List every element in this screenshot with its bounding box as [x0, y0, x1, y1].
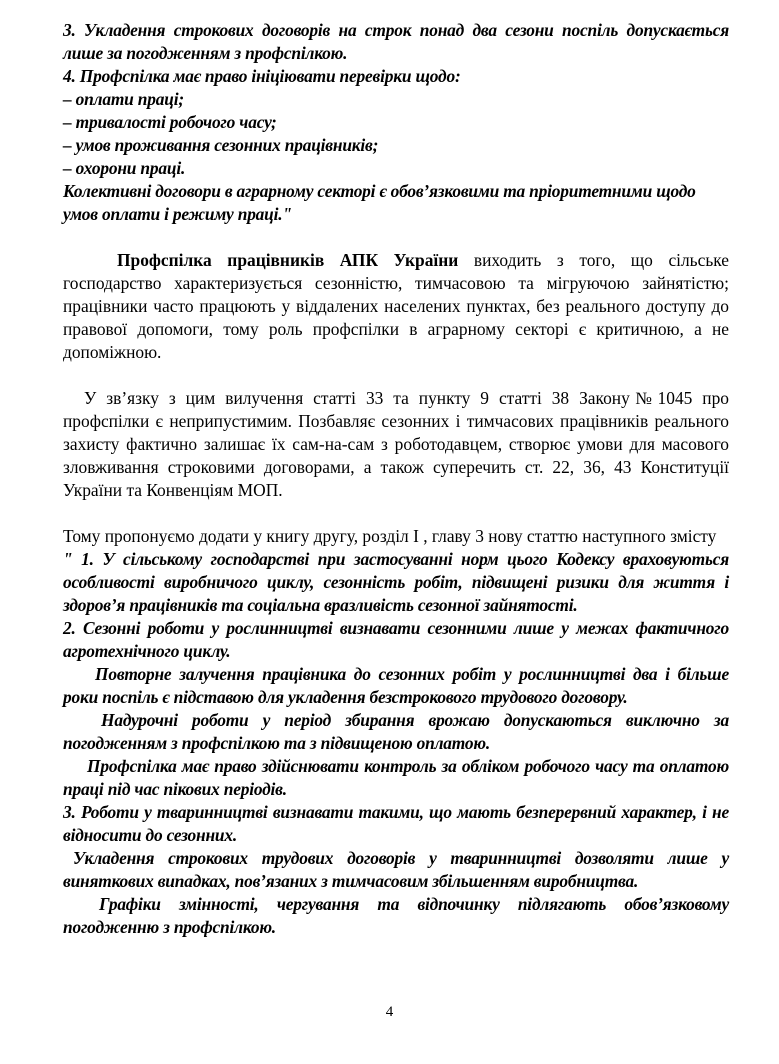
article-item-1: " 1. У сільському господарстві при засто… — [63, 548, 729, 617]
page-number: 4 — [0, 1004, 779, 1021]
spacer — [63, 226, 729, 249]
inspection-item-working-time: – тривалості робочого часу; — [63, 111, 729, 134]
inspection-item-wages: – оплати праці; — [63, 88, 729, 111]
article-item-2-overtime: Надурочні роботи у період збирання врожа… — [63, 709, 729, 755]
article-item-2-union-control: Профспілка має право здійснювати контрол… — [63, 755, 729, 801]
clause-3-term-contracts: 3. Укладення строкових договорів на стро… — [63, 19, 729, 65]
article-item-2: 2. Сезонні роботи у рослинництві визнава… — [63, 617, 729, 663]
paragraph-law-1045: У зв’язку з цим вилучення статті 33 та п… — [63, 387, 729, 502]
spacer — [63, 502, 729, 525]
clause-4-inspections-intro: 4. Профспілка має право ініціювати перев… — [63, 65, 729, 88]
spacer — [63, 364, 729, 387]
inspection-item-labor-safety: – охорони праці. — [63, 157, 729, 180]
union-name-bold: Профспілка працівників АПК України — [117, 250, 458, 270]
article-item-3-term-contracts: Укладення строкових трудових договорів у… — [63, 847, 729, 893]
paragraph-proposal: Тому пропонуємо додати у книгу другу, ро… — [63, 525, 729, 548]
article-item-3: 3. Роботи у тваринництві визнавати таким… — [63, 801, 729, 847]
article-item-2-repeat-engagement: Повторне залучення працівника до сезонни… — [63, 663, 729, 709]
collective-agreements-clause: Колективні договори в аграрному секторі … — [63, 180, 729, 226]
article-item-3-schedules: Графіки змінності, чергування та відпочи… — [63, 893, 729, 939]
document-page: 3. Укладення строкових договорів на стро… — [63, 19, 729, 939]
inspection-item-living-conditions: – умов проживання сезонних працівників; — [63, 134, 729, 157]
paragraph-union-position: Профспілка працівників АПК України виход… — [63, 249, 729, 364]
